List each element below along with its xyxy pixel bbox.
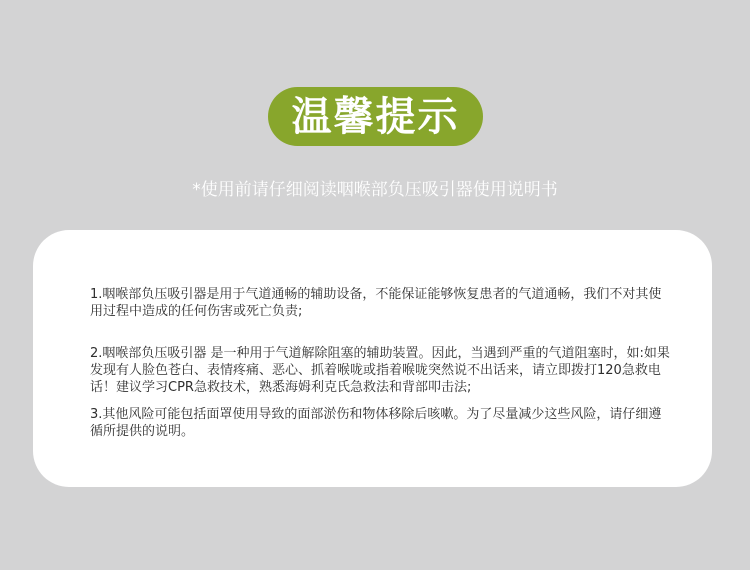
title-badge: 温馨提示 [268,87,483,146]
notice-card: 1.咽喉部负压吸引器是用于气道通畅的辅助设备，不能保证能够恢复患者的气道通畅，我… [33,230,712,487]
notice-item-3: 3.其他风险可能包括面罩使用导致的面部淤伤和物体移除后咳嗽。为了尽量减少这些风险… [90,406,670,440]
subtitle-note: *使用前请仔细阅读咽喉部负压吸引器使用说明书 [0,178,750,202]
notice-item-1: 1.咽喉部负压吸引器是用于气道通畅的辅助设备，不能保证能够恢复患者的气道通畅，我… [90,286,670,320]
badge-title: 温馨提示 [292,97,460,137]
notice-item-2: 2.咽喉部负压吸引器 是一种用于气道解除阻塞的辅助装置。因此，当遇到严重的气道阻… [90,345,670,396]
